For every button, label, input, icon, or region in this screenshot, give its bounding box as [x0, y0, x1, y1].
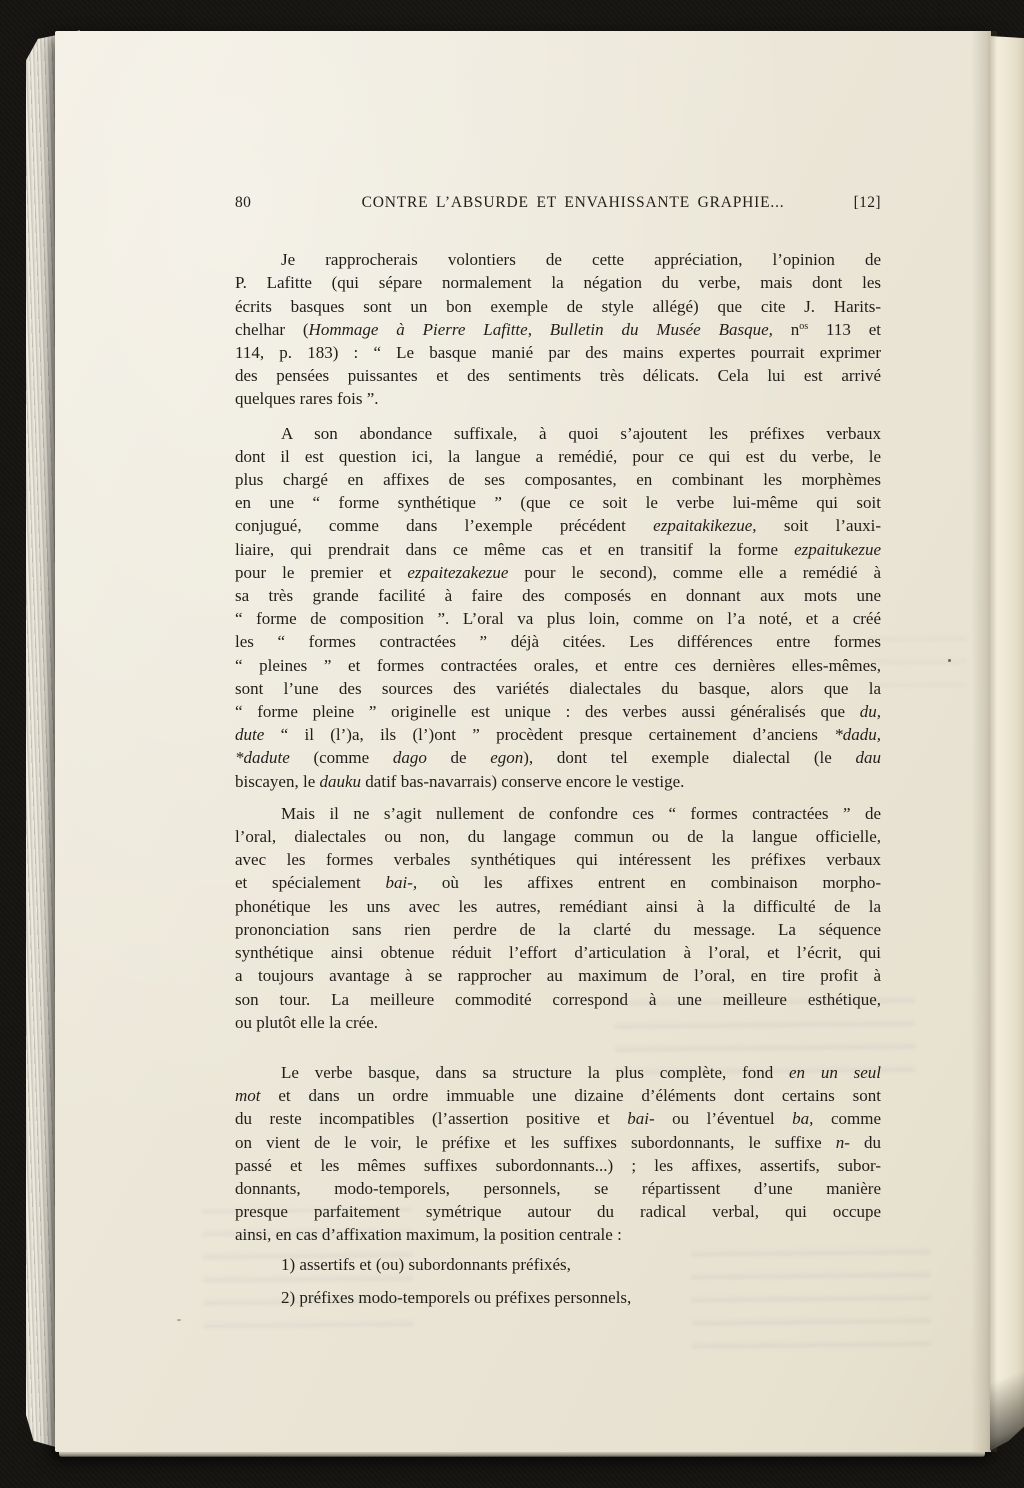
running-title: CONTRE L’ABSURDE ET ENVAHISSANTE GRAPHIE…	[325, 191, 821, 214]
body-paragraph-1: Je rapprocherais volontiers de cette app…	[235, 248, 881, 410]
ink-bleed-through	[871, 622, 968, 687]
text-block: 80 CONTRE L’ABSURDE ET ENVAHISSANTE GRAP…	[235, 191, 881, 1309]
body-paragraph-3: Mais il ne s’agit nullement de confondre…	[235, 802, 881, 1034]
numbered-list: 1) assertifs et (ou) subordonnants préfi…	[235, 1253, 881, 1309]
dust-speck	[948, 659, 951, 662]
dust-speck	[177, 1319, 181, 1321]
page-number: 80	[235, 191, 325, 214]
body-paragraph-2: A son abondance suffixale, à quoi s’ajou…	[235, 422, 881, 793]
list-item: 2) préfixes modo-temporels ou préfixes p…	[235, 1286, 881, 1309]
photo-background: 80 CONTRE L’ABSURDE ET ENVAHISSANTE GRAP…	[0, 0, 1024, 1488]
bracket-number: [12]	[821, 191, 881, 214]
facing-page-gutter	[990, 36, 1024, 1452]
body-paragraph-4: Le verbe basque, dans sa structure la pl…	[235, 1061, 881, 1247]
book-page: 80 CONTRE L’ABSURDE ET ENVAHISSANTE GRAP…	[55, 31, 991, 1452]
page-header: 80 CONTRE L’ABSURDE ET ENVAHISSANTE GRAP…	[235, 191, 881, 214]
list-item: 1) assertifs et (ou) subordonnants préfi…	[235, 1253, 881, 1276]
